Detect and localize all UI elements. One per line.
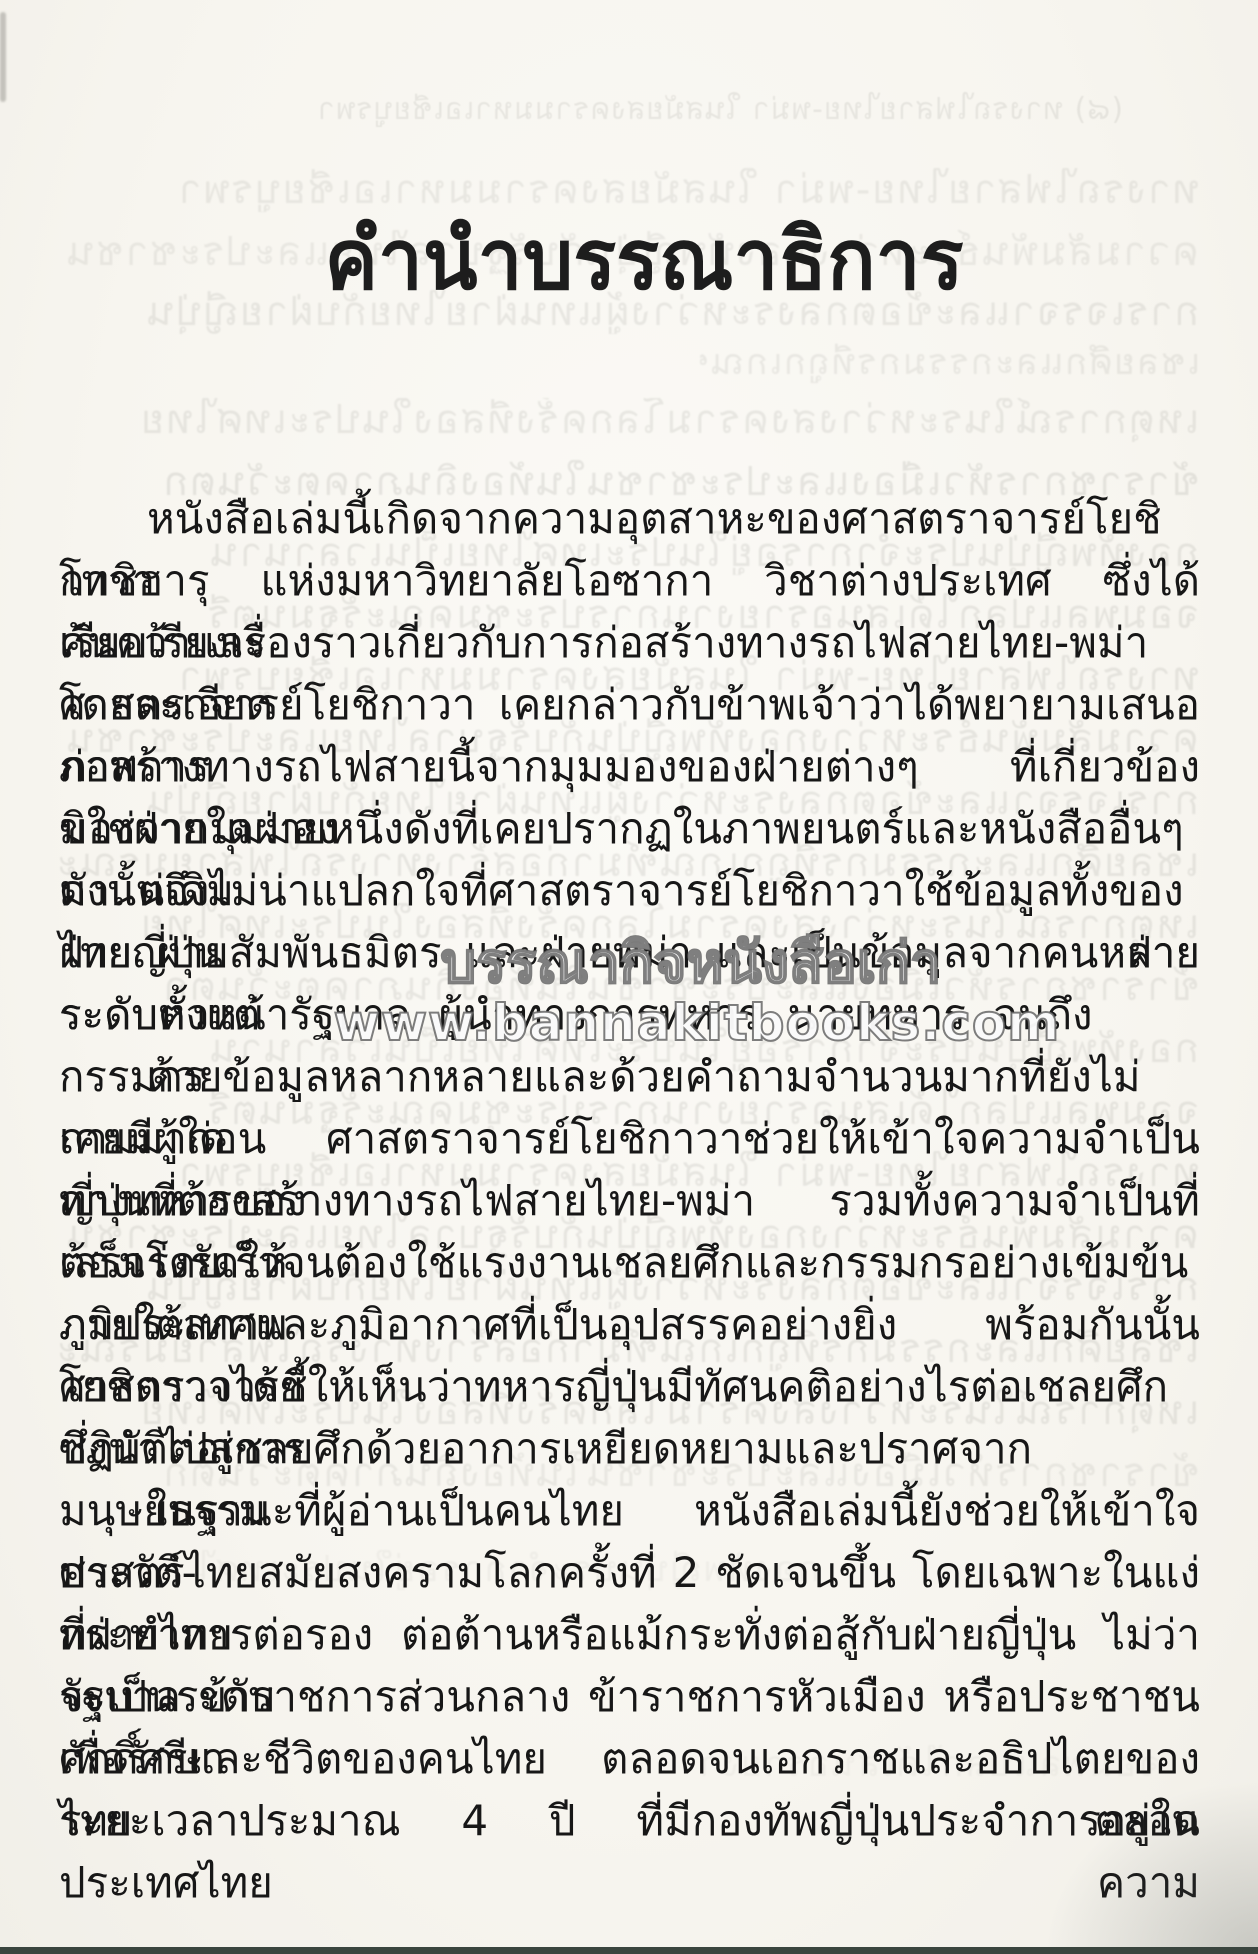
text-line: กระทำการต่อรอง ต่อต้านหรือแม้กระทั่งต่อส… (59, 1604, 1200, 1666)
text-line: ของฝ่ายใดฝ่ายหนึ่งดังที่เคยปรากฏในภาพยนต… (59, 798, 1200, 860)
paragraph: ด้วยข้อมูลหลากหลายและด้วยคำถามจำนวนมากที… (59, 1046, 1200, 1480)
book-page: (๘) ทางรถไฟสายไทย-พม่า ในสมัยสงครามมหาเอ… (0, 0, 1258, 1954)
bleedthrough-header: (๘) ทางรถไฟสายไทย-พม่า ในสมัยสงครามมหาเอ… (280, 86, 1160, 133)
text-line: ก่อสร้างทางรถไฟสายนี้จากมุมมองของฝ่ายต่า… (59, 736, 1200, 798)
text-line: ระยะเวลาประมาณ 4 ปี ที่มีกองทัพญี่ปุ่นปร… (59, 1790, 1200, 1852)
text-line: เรียบเรียงเรื่องราวเกี่ยวกับการก่อสร้างท… (59, 612, 1200, 674)
text-line: ไทย ฝ่ายสัมพันธมิตร และฝ่ายพม่า และเป็นข… (59, 922, 1200, 984)
text-line: โยชิกาวาได้ชี้ให้เห็นว่าทหารญี่ปุ่นมีทัศ… (59, 1356, 1200, 1418)
text-line: หนังสือเล่มนี้เกิดจากความอุตสาหะของศาสตร… (59, 488, 1200, 550)
text-line: ถามมาก่อน ศาสตราจารย์โยชิกาวาช่วยให้เข้า… (59, 1108, 1200, 1170)
body-text: หนังสือเล่มนี้เกิดจากความอุตสาหะของศาสตร… (59, 488, 1200, 1852)
scan-edge-speck (0, 12, 6, 102)
text-line: ศักดิ์ศรีและชีวิตของคนไทย ตลอดจนเอกราชแล… (59, 1728, 1200, 1790)
text-line: ภูมิประเทศและภูมิอากาศที่เป็นอุปสรรคอย่า… (59, 1294, 1200, 1356)
text-line: ดังนั้นจึงไม่น่าแปลกใจที่ศาสตราจารย์โยชิ… (59, 860, 1200, 922)
text-line: เสร็จโดยเร็วจนต้องใช้แรงงานเชลยศึกและกรร… (59, 1232, 1200, 1294)
text-line: รัฐบาล ข้าราชการส่วนกลาง ข้าราชการหัวเมื… (59, 1666, 1200, 1728)
text-line: ศาสตราจารย์โยชิกาวา เคยกล่าวกับข้าพเจ้าว… (59, 674, 1200, 736)
text-line: ญี่ปุ่นที่ต้องสร้างทางรถไฟสายไทย-พม่า รว… (59, 1170, 1200, 1232)
bottom-edge-bar (0, 1947, 1258, 1954)
paragraph: ในฐานะที่ผู้อ่านเป็นคนไทย หนังสือเล่มนี้… (59, 1480, 1200, 1852)
bleedthrough-line: ทางรถไฟสายไทย-พม่า ในสมัยสงครามมหาเอเชีย… (59, 168, 1199, 212)
text-line: ด้วยข้อมูลหลากหลายและด้วยคำถามจำนวนมากที… (59, 1046, 1200, 1108)
page-title: คำนำบรรณาธิการ (0, 209, 1258, 310)
bleedthrough-line: เหตุการณ์ในระหว่างสงครามโลกครั้งที่สองใน… (59, 398, 1199, 442)
text-line-obscured-by-watermark: ระดับหัวหน้ารัฐบาล ผู้นำทางการทหาร นายทห… (59, 984, 1200, 1046)
paragraph: หนังสือเล่มนี้เกิดจากความอุตสาหะของศาสตร… (59, 488, 1200, 1046)
text-line: โทชิฮารุ แห่งมหาวิทยาลัยโอซากา วิชาต่างป… (59, 550, 1200, 612)
text-line: ในฐานะที่ผู้อ่านเป็นคนไทย หนังสือเล่มนี้… (59, 1480, 1200, 1542)
text-line: ศาสตร์ไทยสมัยสงครามโลกครั้งที่ 2 ชัดเจนข… (59, 1542, 1200, 1604)
bleedthrough-line: เชลยศึกและกรรมกรที่ถูกเกณฑ์มาก่อสร้างทาง… (700, 343, 1200, 383)
text-line: ปฏิบัติต่อเชลยศึกด้วยอาการเหยียดหยามและป… (59, 1418, 1200, 1480)
